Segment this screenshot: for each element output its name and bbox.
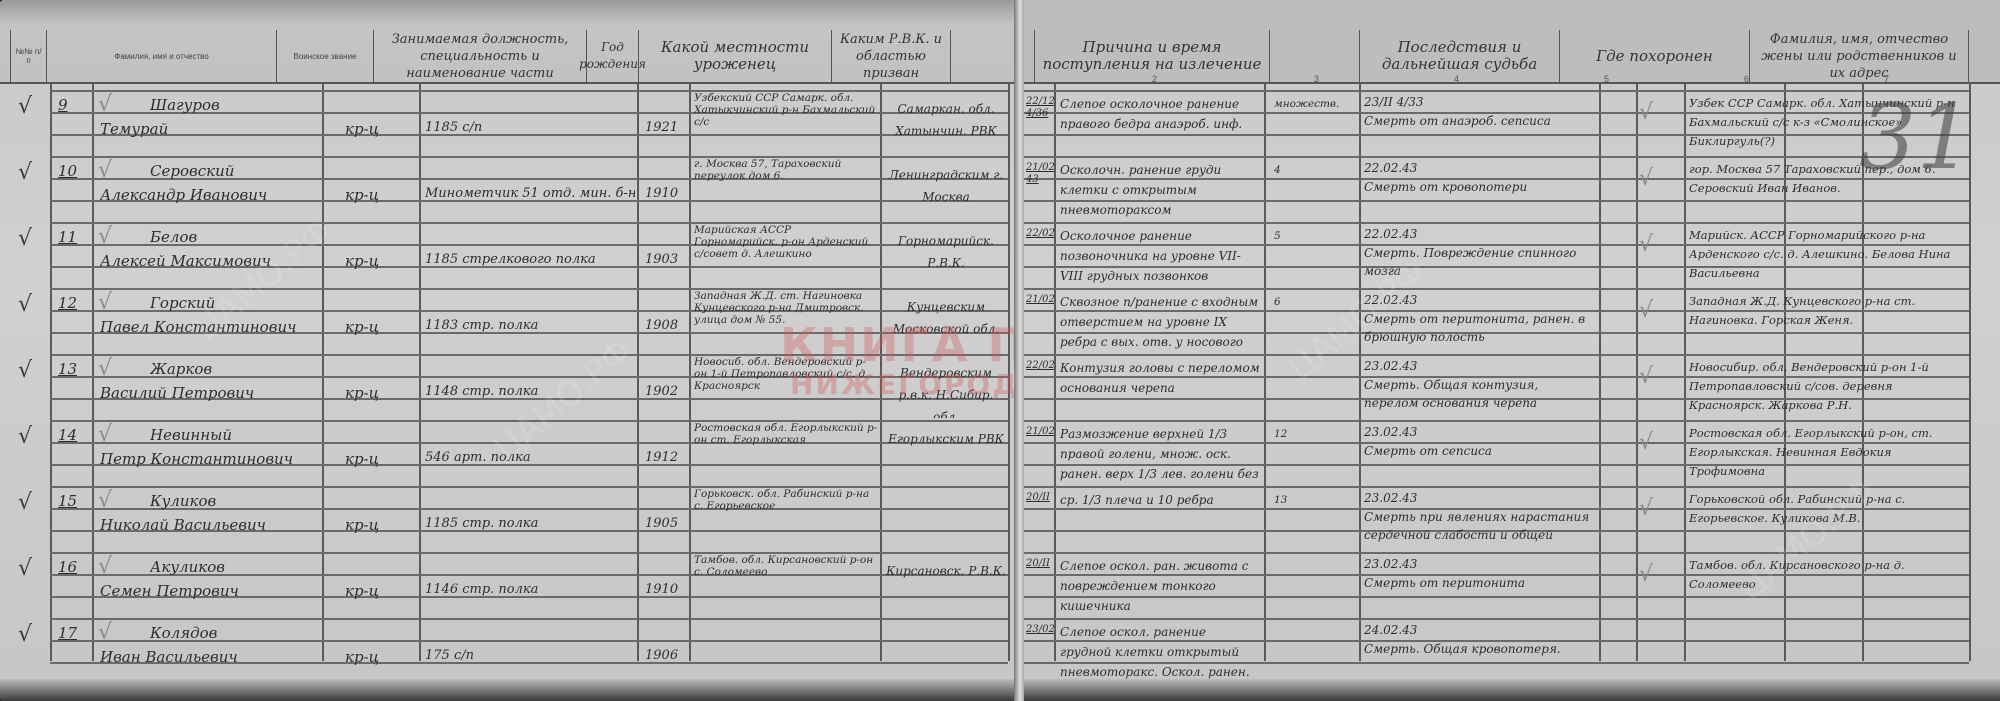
admission-date: 22/02 — [1026, 228, 1054, 240]
rvk: Горномарийск. Р.В.К. — [886, 230, 1006, 286]
header-number: №№ п/п — [10, 30, 46, 82]
admission-date: 20/II — [1026, 558, 1054, 570]
outcome-date: 22.02.43 — [1364, 294, 1434, 306]
outcome-date: 23.02.43 — [1364, 426, 1434, 438]
unit: 1185 с/п — [425, 120, 635, 135]
unit: 175 с/п — [425, 648, 635, 663]
birth-year: 1910 — [645, 582, 678, 597]
outcome-date: 23.02.43 — [1364, 492, 1434, 504]
surname: Невинный — [150, 426, 232, 444]
row-number: 12 — [58, 294, 77, 312]
cause-note: 5 — [1274, 230, 1356, 242]
checkmark-icon: √ — [18, 226, 32, 251]
table-row: 20/IIСлепое оскол. ран. живота с поврежд… — [1024, 552, 1969, 618]
column-number: 4 — [1454, 74, 1459, 84]
table-row: 23/02Слепое оскол. ранение грудной клетк… — [1024, 618, 1969, 684]
unit: 1148 стр. полка — [425, 384, 635, 399]
admission-date: 22/02 — [1026, 360, 1054, 372]
left-page: №№ п/п Фамилия, имя и отчество Воинское … — [0, 0, 1018, 701]
column-number: 7 — [1884, 74, 1889, 84]
rank: кр-ц — [345, 120, 379, 138]
row-number: 10 — [58, 162, 77, 180]
relatives-address — [1689, 622, 1967, 680]
table-row: √12√ГорскийПавел Константиновичкр-ц1183 … — [0, 288, 1008, 354]
table-row: √17√КолядовИван Васильевичкр-ц175 с/п190… — [0, 618, 1008, 684]
cause-of-admission: Контузия головы с переломом основания че… — [1060, 358, 1260, 416]
birthplace: Западная Ж.Д. ст. Нагиновка Кунцевского … — [694, 290, 878, 350]
checkmark-icon: √ — [1639, 430, 1653, 455]
checkmark-icon: √ — [98, 224, 112, 249]
row-number: 11 — [58, 228, 77, 246]
admission-date: 21/02 — [1026, 426, 1054, 438]
checkmark-icon: √ — [98, 620, 112, 645]
checkmark-icon: √ — [1639, 364, 1653, 389]
row-number: 9 — [58, 96, 68, 114]
page-edge — [0, 679, 1018, 701]
surname: Горский — [150, 294, 215, 312]
birth-year: 1905 — [645, 516, 678, 531]
cause-of-admission: ср. 1/3 плеча и 10 ребра — [1060, 490, 1260, 548]
given-names: Алексей Максимович — [100, 252, 320, 270]
given-names: Иван Васильевич — [100, 648, 320, 666]
rank: кр-ц — [345, 648, 379, 666]
rvk: Егорлыкским РВК — [886, 428, 1006, 484]
birthplace — [694, 620, 878, 680]
checkmark-icon: √ — [18, 160, 32, 185]
cause-note: 13 — [1274, 494, 1356, 506]
outcome: Смерть от кровопотери — [1364, 178, 1596, 218]
cause-of-admission: Слепое осколочное ранение правого бедра … — [1060, 94, 1260, 152]
outcome: Смерть. Повреждение спинного мозга — [1364, 244, 1596, 284]
birthplace: г. Москва 57, Тараховский переулок дом 6… — [694, 158, 878, 218]
rank: кр-ц — [345, 384, 379, 402]
table-row: 21/02Сквозное п/ранение с входным отверс… — [1024, 288, 1969, 354]
outcome-date: 23.02.43 — [1364, 558, 1434, 570]
table-row: √14√НевинныйПетр Константиновичкр-ц546 а… — [0, 420, 1008, 486]
given-names: Василий Петрович — [100, 384, 320, 402]
table-row: √10√СеровскийАлександр Ивановичкр-цМином… — [0, 156, 1008, 222]
rank: кр-ц — [345, 252, 379, 270]
table-row: 22/12 4/36Слепое осколочное ранение прав… — [1024, 90, 1969, 156]
header-label: Фамилия, имя, отчество жены или родствен… — [1754, 31, 1964, 82]
given-names: Павел Константинович — [100, 318, 320, 336]
checkmark-icon: √ — [98, 158, 112, 183]
relatives-address: Новосибир. обл. Вендеровский р-он 1-й Пе… — [1689, 358, 1967, 416]
checkmark-icon: √ — [1639, 100, 1653, 125]
sheet-number: 31 — [1859, 85, 1974, 190]
birth-year: 1910 — [645, 186, 678, 201]
given-names: Петр Константинович — [100, 450, 320, 468]
rvk: Кунцевским Московской обл. — [886, 296, 1006, 352]
row-number: 13 — [58, 360, 77, 378]
cause-of-admission: Размозжение верхней 1/3 правой голени, м… — [1060, 424, 1260, 482]
rvk — [886, 494, 1006, 550]
checkmark-icon: √ — [18, 490, 32, 515]
cause-of-admission: Осколочн. ранение груди клетки с открыты… — [1060, 160, 1260, 218]
rank: кр-ц — [345, 582, 379, 600]
rvk — [886, 626, 1006, 682]
outcome: Смерть при явлениях нарастания сердечной… — [1364, 508, 1596, 548]
rank: кр-ц — [345, 450, 379, 468]
checkmark-icon: √ — [98, 554, 112, 579]
cause-note: множеств. — [1274, 98, 1356, 110]
surname: Серовский — [150, 162, 234, 180]
outcome-date: 23.02.43 — [1364, 360, 1434, 372]
table-row: √11√БеловАлексей Максимовичкр-ц1185 стре… — [0, 222, 1008, 288]
surname: Колядов — [150, 624, 217, 642]
header-rvk: Каким Р.В.К. и областью призван — [831, 30, 951, 82]
column-number: 6 — [1744, 74, 1749, 84]
header-label: Занимаемая должность, специальность и на… — [378, 31, 582, 82]
table-row: √16√АкуликовСемен Петровичкр-ц1146 стр. … — [0, 552, 1008, 618]
page-edge — [1024, 679, 2000, 701]
unit: 546 арт. полка — [425, 450, 635, 465]
given-names: Александр Иванович — [100, 186, 320, 204]
row-number: 16 — [58, 558, 77, 576]
header-label: Фамилия, имя и отчество — [114, 52, 208, 61]
checkmark-icon: √ — [98, 422, 112, 447]
birthplace: Горьковск. обл. Рабинский р-на с. Егорье… — [694, 488, 878, 548]
relatives-address: Тамбов. обл. Кирсановского р-на д. Солом… — [1689, 556, 1967, 614]
header-burial-place: Где похоронен — [1559, 30, 1749, 82]
birth-year: 1912 — [645, 450, 678, 465]
table-row: √15√КуликовНиколай Васильевичкр-ц1185 ст… — [0, 486, 1008, 552]
outcome-date: 23/II 4/33 — [1364, 96, 1434, 108]
header-label: №№ п/п — [15, 47, 42, 65]
column-number: 3 — [1314, 74, 1319, 84]
header-label: Какой местности уроженец — [643, 39, 827, 73]
checkmark-icon: √ — [18, 358, 32, 383]
surname: Куликов — [150, 492, 216, 510]
header-label: Воинское звание — [294, 52, 357, 61]
checkmark-icon: √ — [18, 94, 32, 119]
outcome: Смерть от перитонита, ранен. в брюшную п… — [1364, 310, 1596, 350]
outcome: Смерть от сепсиса — [1364, 442, 1596, 482]
table-row: 21/02Размозжение верхней 1/3 правой голе… — [1024, 420, 1969, 486]
checkmark-icon: √ — [18, 556, 32, 581]
header-position-unit: Занимаемая должность, специальность и на… — [373, 30, 586, 82]
admission-date: 21/02 43 — [1026, 162, 1054, 186]
rvk: Кирсановск. Р.В.К. — [886, 560, 1006, 616]
outcome-date: 22.02.43 — [1364, 228, 1434, 240]
header-label: Последствия и дальнейшая судьба — [1364, 39, 1555, 73]
outcome-date: 24.02.43 — [1364, 624, 1434, 636]
checkmark-icon: √ — [1639, 298, 1653, 323]
relatives-address: Западная Ж.Д. Кунцевского р-на ст. Нагин… — [1689, 292, 1967, 350]
admission-date: 23/02 — [1026, 624, 1054, 636]
birth-year: 1921 — [645, 120, 678, 135]
outcome: Смерть от перитонита — [1364, 574, 1596, 614]
rank: кр-ц — [345, 186, 379, 204]
checkmark-icon: √ — [98, 290, 112, 315]
admission-date: 21/02 — [1026, 294, 1054, 306]
outcome-date: 22.02.43 — [1364, 162, 1434, 174]
birthplace: Ростовская обл. Егорлыкский р-он ст. Его… — [694, 422, 878, 482]
surname: Белов — [150, 228, 197, 246]
birth-year: 1902 — [645, 384, 678, 399]
header-label: Причина и время поступления на излечение — [1039, 39, 1265, 73]
given-names: Николай Васильевич — [100, 516, 320, 534]
column-number: 2 — [1152, 74, 1157, 84]
header-birthplace: Какой местности уроженец — [638, 30, 831, 82]
rvk: Самаркан. обл. Хатынчин. РВК — [886, 98, 1006, 154]
header-rank: Воинское звание — [276, 30, 373, 82]
checkmark-icon: √ — [98, 488, 112, 513]
checkmark-icon: √ — [18, 292, 32, 317]
table-row: √13√ЖарковВасилий Петровичкр-ц1148 стр. … — [0, 354, 1008, 420]
unit: 1146 стр. полка — [425, 582, 635, 597]
birthplace: Тамбов. обл. Кирсановский р-он с. Соломе… — [694, 554, 878, 614]
cause-note: 4 — [1274, 164, 1356, 176]
birth-year: 1908 — [645, 318, 678, 333]
header-relatives: Фамилия, имя, отчество жены или родствен… — [1749, 30, 1969, 82]
header-label: Каким Р.В.К. и областью призван — [836, 31, 946, 82]
rank: кр-ц — [345, 516, 379, 534]
cause-note: 12 — [1274, 428, 1356, 440]
cause-of-admission: Сквозное п/ранение с входным отверстием … — [1060, 292, 1260, 350]
unit: 1185 стрелкового полка — [425, 252, 635, 267]
given-names: Семен Петрович — [100, 582, 320, 600]
cause-of-admission: Осколочное ранение позвоночника на уровн… — [1060, 226, 1260, 284]
cause-note: 6 — [1274, 296, 1356, 308]
checkmark-icon: √ — [1639, 562, 1653, 587]
unit: 1183 стр. полка — [425, 318, 635, 333]
admission-date: 22/12 4/36 — [1026, 96, 1054, 120]
birth-year: 1903 — [645, 252, 678, 267]
relatives-address: Ростовская обл. Егорлыкский р-он, ст. Ег… — [1689, 424, 1967, 482]
header-birth-year: Год рождения — [586, 30, 638, 82]
surname: Жарков — [150, 360, 212, 378]
checkmark-icon: √ — [1639, 166, 1653, 191]
cause-of-admission: Слепое оскол. ран. живота с повреждением… — [1060, 556, 1260, 614]
outcome: Смерть. Общая кровопотеря. — [1364, 640, 1596, 680]
row-number: 14 — [58, 426, 77, 444]
checkmark-icon: √ — [1639, 496, 1653, 521]
header-label: Год рождения — [579, 39, 646, 73]
admission-date: 20/II — [1026, 492, 1054, 504]
checkmark-icon: √ — [98, 356, 112, 381]
table-row: 20/IIср. 1/3 плеча и 10 ребра1323.02.43С… — [1024, 486, 1969, 552]
table-row: 21/02 43Осколочн. ранение груди клетки с… — [1024, 156, 1969, 222]
birth-year: 1906 — [645, 648, 678, 663]
birthplace: Узбекский ССР Самарк. обл. Хатыкчинский … — [694, 92, 878, 152]
row-number: 15 — [58, 492, 77, 510]
checkmark-icon: √ — [1639, 232, 1653, 257]
birthplace: Марийская АССР Горномарийск. р-он Арденс… — [694, 224, 878, 284]
right-page: Причина и время поступления на излечение… — [1024, 0, 2000, 701]
checkmark-icon: √ — [18, 622, 32, 647]
birthplace: Новосиб. обл. Вендеровский р-он 1-й Петр… — [694, 356, 878, 416]
checkmark-icon: √ — [98, 92, 112, 117]
surname: Шагуров — [150, 96, 220, 114]
cause-of-admission: Слепое оскол. ранение грудной клетки отк… — [1060, 622, 1260, 680]
table-row: √9√ШагуровТемурайкр-ц1185 с/п1921Узбекск… — [0, 90, 1008, 156]
surname: Акуликов — [150, 558, 225, 576]
unit: 1185 стр. полка — [425, 516, 635, 531]
rvk: Вендеровским р.в.к. Н.Сибир. обл. — [886, 362, 1006, 418]
column-number: 5 — [1604, 74, 1609, 84]
outcome: Смерть от анаэроб. сепсиса — [1364, 112, 1596, 152]
row-number: 17 — [58, 624, 77, 642]
outcome: Смерть. Общая контузия, перелом основани… — [1364, 376, 1596, 416]
header-full-name: Фамилия, имя и отчество — [46, 30, 276, 82]
table-row: 22/02Осколочное ранение позвоночника на … — [1024, 222, 1969, 288]
table-row: 22/02Контузия головы с переломом основан… — [1024, 354, 1969, 420]
header-label: Где похоронен — [1596, 48, 1713, 65]
checkmark-icon: √ — [18, 424, 32, 449]
given-names: Темурай — [100, 120, 320, 138]
relatives-address: Марийск. АССР Горномарийского р-на Арден… — [1689, 226, 1967, 284]
relatives-address: Горьковской обл. Рабинский р-на с. Егорь… — [1689, 490, 1967, 548]
rank: кр-ц — [345, 318, 379, 336]
rvk: Ленинградским г. Москва — [886, 164, 1006, 220]
unit: Минометчик 51 отд. мин. б-на — [425, 186, 635, 201]
